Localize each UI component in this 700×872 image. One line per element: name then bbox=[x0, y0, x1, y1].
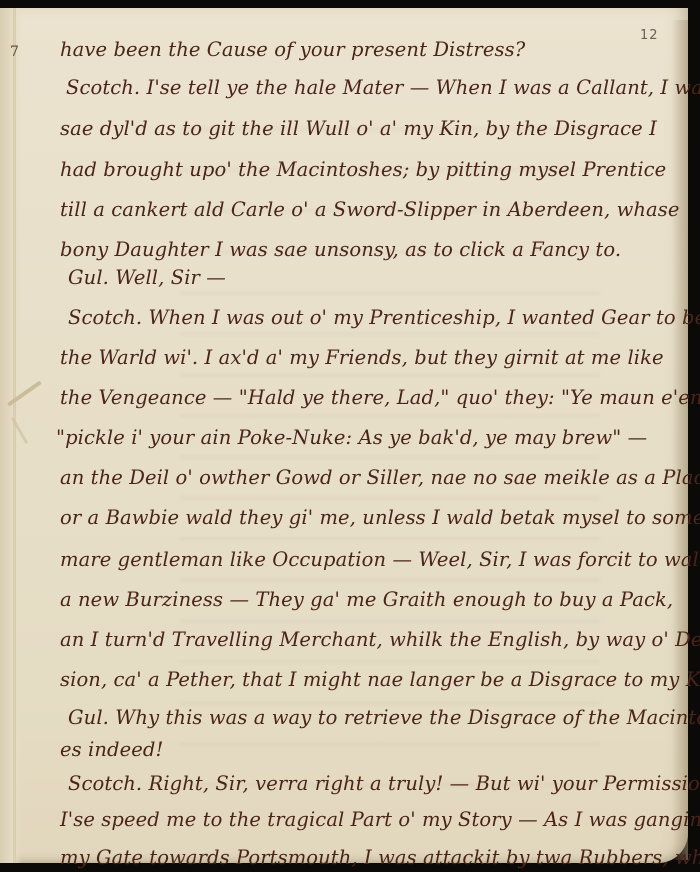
page-number: 12 bbox=[640, 28, 659, 43]
text-line: the Warld wi'. I ax'd a' my Friends, but… bbox=[60, 346, 664, 369]
text-line: my Gate towards Portsmouth, I was attack… bbox=[60, 846, 700, 869]
text-line: till a cankert ald Carle o' a Sword-Slip… bbox=[60, 198, 680, 221]
text-line: a new Burziness — They ga' me Graith eno… bbox=[60, 588, 673, 611]
text-line: es indeed! bbox=[60, 738, 163, 761]
text-line: or a Bawbie wald they gi' me, unless I w… bbox=[60, 506, 700, 529]
text-line: Scotch. Right, Sir, verra right a truly!… bbox=[68, 772, 700, 795]
text-line: Scotch. When I was out o' my Prenticeshi… bbox=[68, 306, 700, 329]
gutter-fold bbox=[13, 8, 16, 863]
text-line: sae dyl'd as to git the ill Wull o' a' m… bbox=[60, 117, 657, 140]
text-line: sion, ca' a Pether, that I might nae lan… bbox=[60, 668, 700, 691]
text-line: have been the Cause of your present Dist… bbox=[60, 38, 525, 61]
text-line: "pickle i' your ain Poke-Nuke: As ye bak… bbox=[56, 426, 647, 449]
margin-mark: 7 bbox=[10, 44, 19, 60]
text-line: bony Daughter I was sae unsonsy, as to c… bbox=[60, 238, 621, 261]
manuscript-page: 12 7 have been the Cause of your present… bbox=[0, 8, 688, 863]
binding-edge bbox=[0, 8, 22, 863]
text-line: Gul. Why this was a way to retrieve the … bbox=[68, 706, 700, 729]
text-line: the Vengeance — "Hald ye there, Lad," qu… bbox=[60, 386, 700, 409]
text-line: Gul. Well, Sir — bbox=[68, 266, 226, 289]
text-line: had brought upo' the Macintoshes; by pit… bbox=[60, 158, 666, 181]
text-line: Scotch. I'se tell ye the hale Mater — Wh… bbox=[66, 76, 700, 99]
text-line: mare gentleman like Occupation — Weel, S… bbox=[60, 548, 700, 571]
text-line: an I turn'd Travelling Merchant, whilk t… bbox=[60, 628, 700, 651]
text-line: an the Deil o' owther Gowd or Siller, na… bbox=[60, 466, 700, 489]
page-edge-shadow bbox=[672, 20, 688, 860]
text-line: I'se speed me to the tragical Part o' my… bbox=[60, 808, 700, 831]
